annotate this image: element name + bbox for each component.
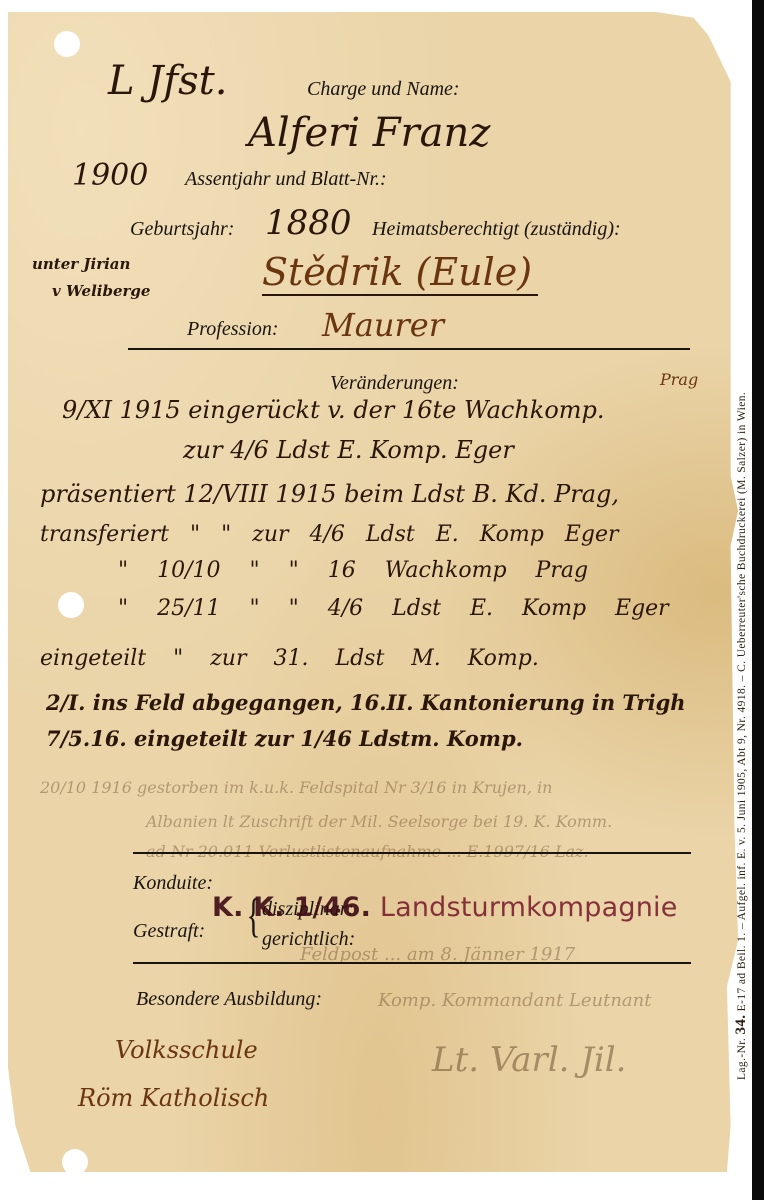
profession-label: Profession:	[187, 318, 278, 341]
home-label: Heimatsberechtigt (zuständig):	[372, 218, 621, 241]
faint-entry-1: 20/10 1916 gestorben im k.u.k. Feldspita…	[40, 778, 552, 797]
change-entry-6: " 25/11 " " 4/6 Ldst E. Komp Eger	[118, 596, 669, 621]
unit-stamp: K. K. 1/46. Landsturmkompagnie	[212, 892, 678, 923]
rule-after-conduct	[133, 962, 691, 964]
change-entry-4: transferiert " " zur 4/6 Ldst E. Komp Eg…	[40, 522, 618, 547]
punch-hole-top	[54, 31, 80, 57]
rule-after-changes	[133, 852, 691, 854]
change-entry-3: präsentiert 12/VIII 1915 beim Ldst B. Kd…	[40, 480, 619, 508]
birth-year-label: Geburtsjahr:	[130, 218, 234, 241]
changes-margin-note: Prag	[660, 370, 698, 389]
change-entry-7: eingeteilt " zur 31. Ldst M. Komp.	[40, 646, 539, 671]
gestraft-label: Gestraft:	[133, 920, 205, 943]
konduite-label: Konduite:	[133, 872, 213, 895]
change-entry-1: 9/XI 1915 eingerückt v. der 16te Wachkom…	[62, 396, 605, 424]
punch-hole-middle	[58, 592, 84, 618]
education-handwritten: Volksschule	[115, 1036, 258, 1064]
stamp-text: Landsturmkompagnie	[380, 892, 678, 923]
name-handwritten: Alferi Franz	[248, 110, 490, 156]
changes-label: Veränderungen:	[330, 372, 459, 395]
birth-year-handwritten: 1880	[265, 203, 352, 243]
training-faint-note: Komp. Kommandant Leutnant	[378, 990, 651, 1011]
change-entry-5: " 10/10 " " 16 Wachkomp Prag	[118, 558, 588, 583]
stamp-prefix: K. K.	[212, 892, 285, 923]
change-entry-8: 2/I. ins Feld abgegangen, 16.II. Kantoni…	[46, 690, 686, 715]
faint-entry-2: Albanien lt Zuschrift der Mil. Seelsorge…	[146, 812, 612, 831]
change-entry-9: 7/5.16. eingeteilt zur 1/46 Ldstm. Komp.	[46, 726, 523, 751]
assent-year-handwritten: 1900	[72, 158, 148, 193]
home-note-line2: v Weliberge	[52, 282, 150, 300]
signature-handwritten: Lt. Varl. Jil.	[432, 1040, 627, 1080]
lag-nr-label: Lag.-Nr.	[736, 1038, 748, 1080]
lag-nr: 34.	[733, 1015, 749, 1035]
rule-after-profession	[128, 348, 690, 350]
religion-handwritten: Röm Katholisch	[78, 1084, 269, 1112]
change-entry-2: zur 4/6 Ldst E. Komp. Eger	[183, 436, 514, 464]
training-label: Besondere Ausbildung:	[136, 988, 322, 1011]
imprint-text: E-17 ad Beil. 1. – Aufgel. inf. E. v. 5.…	[736, 392, 748, 1011]
home-note-line1: unter Jirian	[32, 255, 130, 273]
assent-label: Assentjahr und Blatt-Nr.:	[185, 168, 387, 191]
charge-label: Charge und Name:	[307, 78, 460, 101]
profession-handwritten: Maurer	[322, 306, 444, 344]
printer-imprint: Lag.-Nr. 34. E-17 ad Beil. 1. – Aufgel. …	[733, 392, 750, 1080]
stamp-unit: 1/46.	[294, 892, 371, 923]
scan-edge-shadow	[752, 0, 764, 1200]
home-handwritten: Stědrik (Eule)	[262, 250, 538, 296]
punch-hole-bottom	[62, 1149, 88, 1175]
rank-handwritten: L Jfst.	[108, 58, 227, 104]
